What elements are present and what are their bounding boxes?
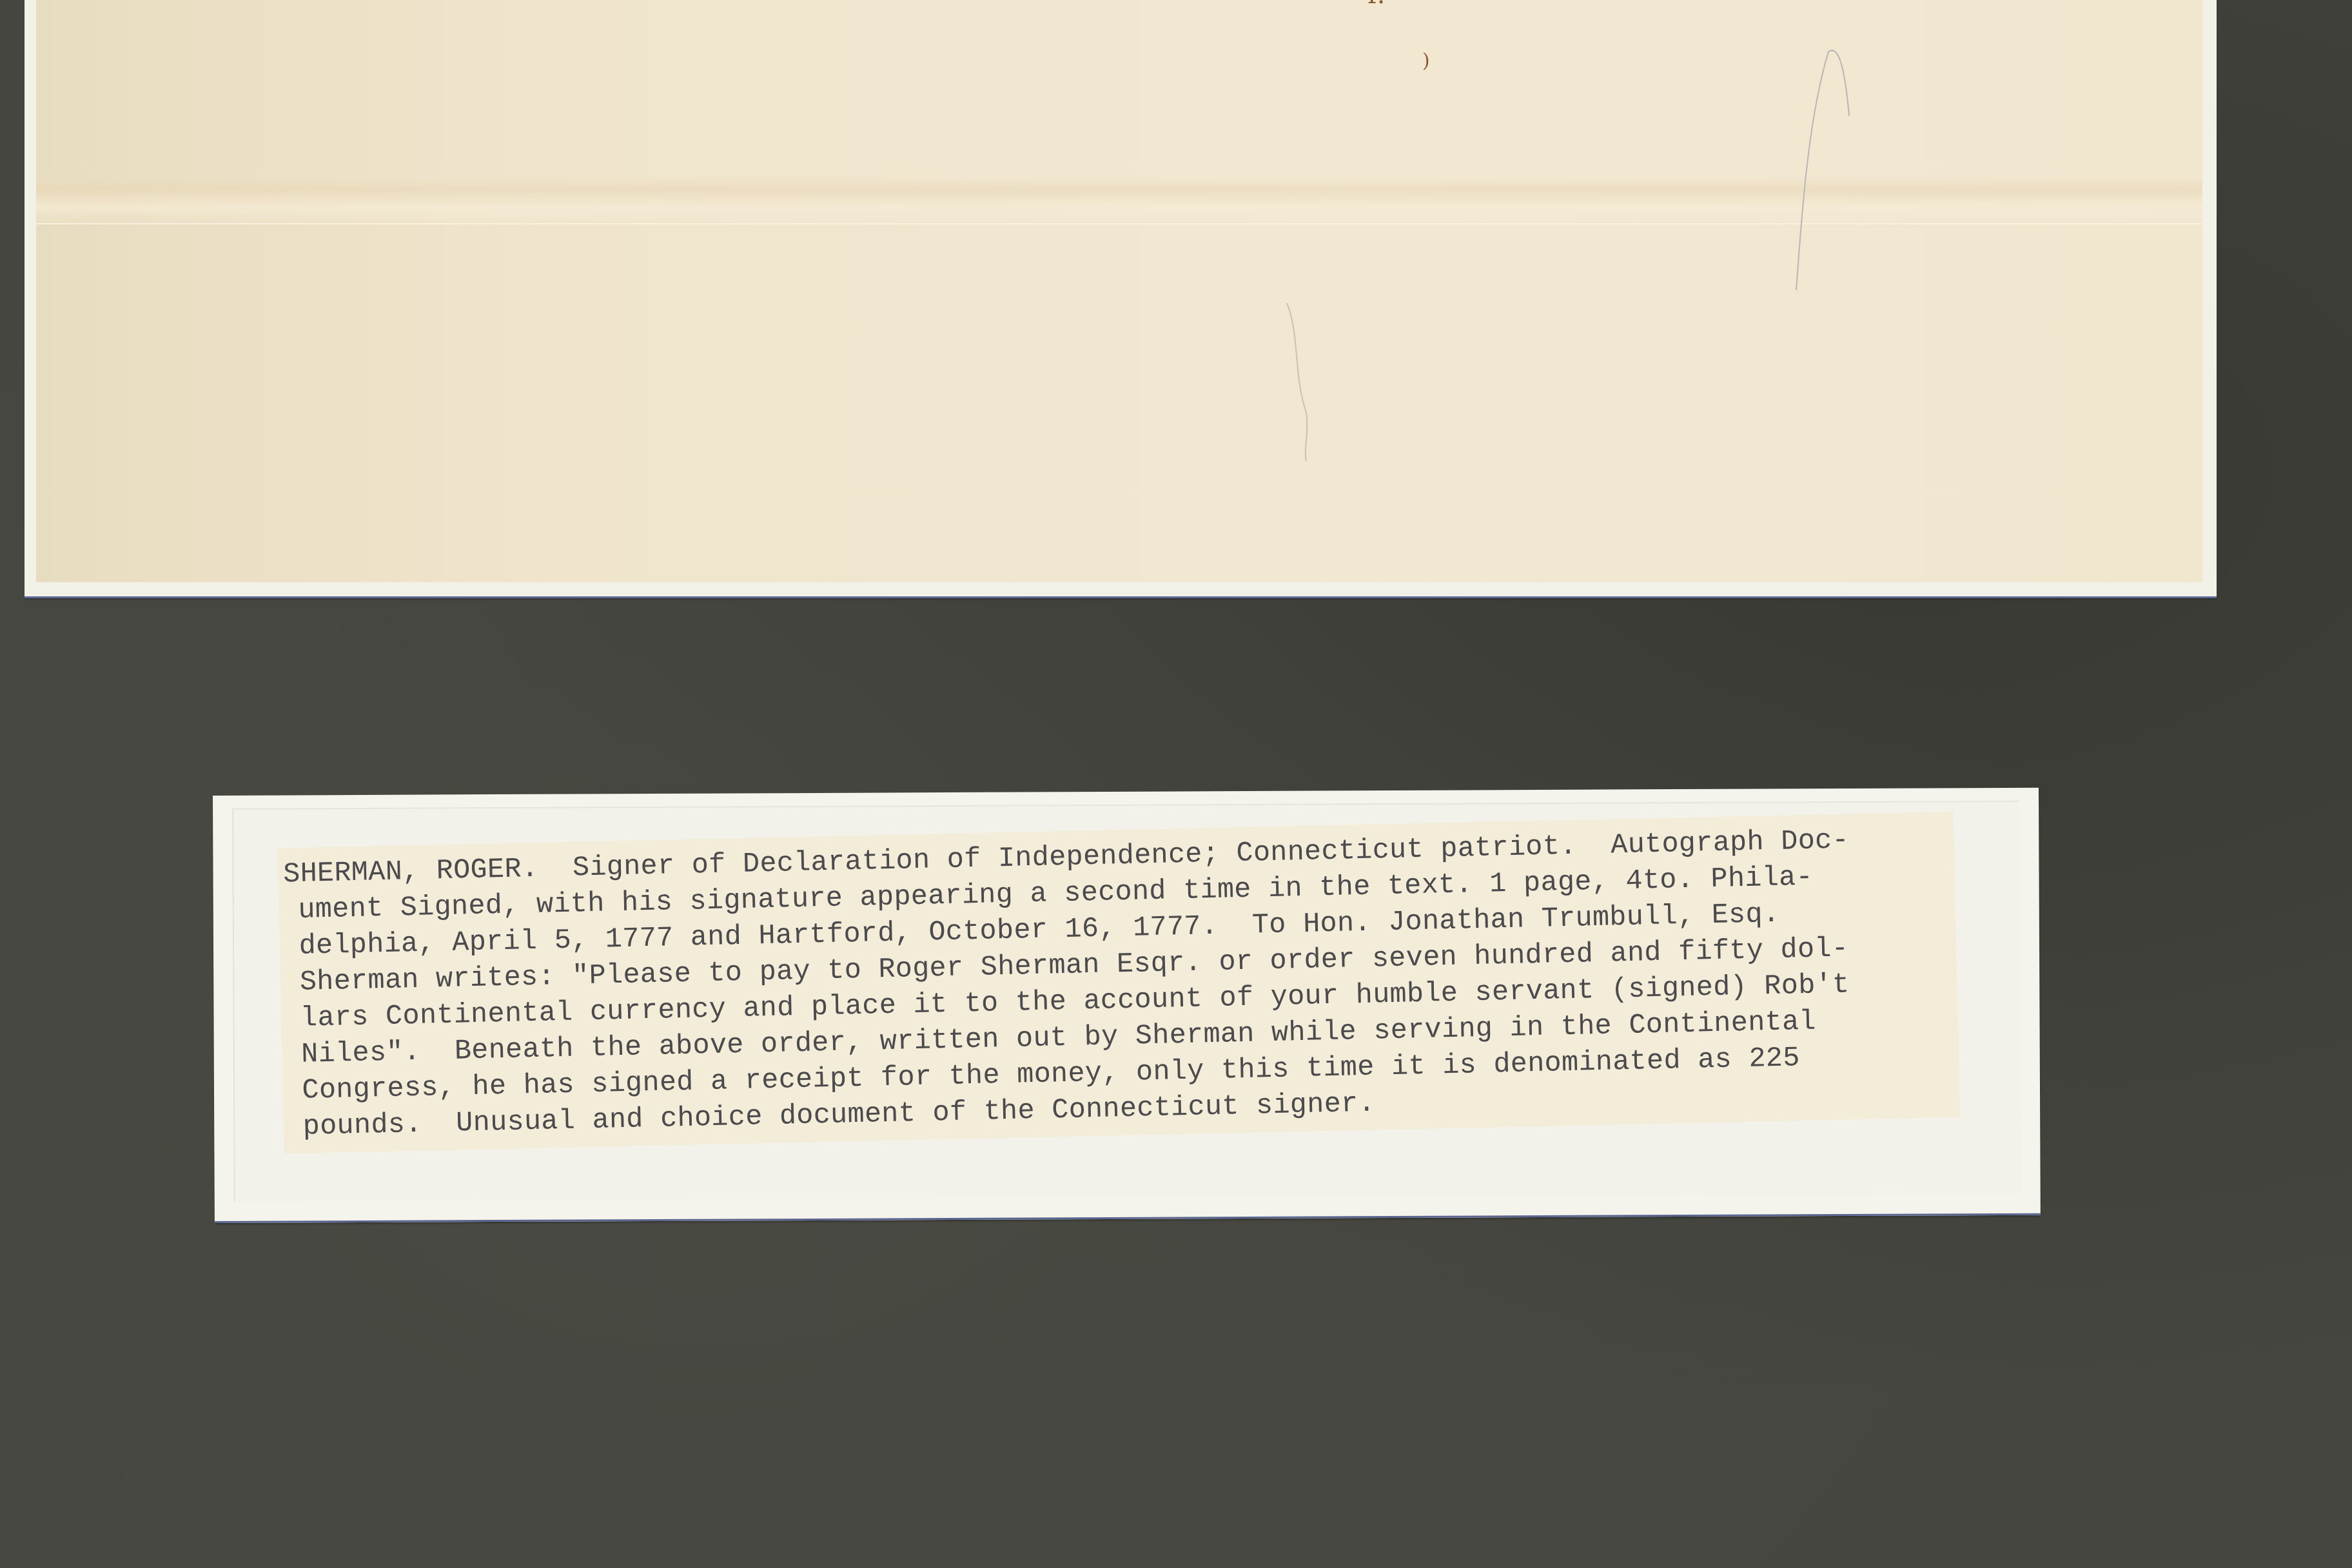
paper-fold-line — [36, 223, 2202, 224]
pencil-stroke-mark — [1777, 39, 1854, 297]
autograph-document-paper: r. ) — [36, 0, 2202, 582]
document-mat-window: r. ) — [24, 0, 2217, 598]
ink-mark: ) — [1422, 52, 1430, 71]
hair-fiber-mark — [1280, 297, 1319, 464]
ink-mark: r. — [1367, 0, 1385, 8]
document-bevel: r. ) — [36, 0, 2202, 582]
label-mat-window: SHERMAN, ROGER. Signer of Declaration of… — [213, 788, 2041, 1223]
typed-description-label: SHERMAN, ROGER. Signer of Declaration of… — [277, 812, 1960, 1154]
